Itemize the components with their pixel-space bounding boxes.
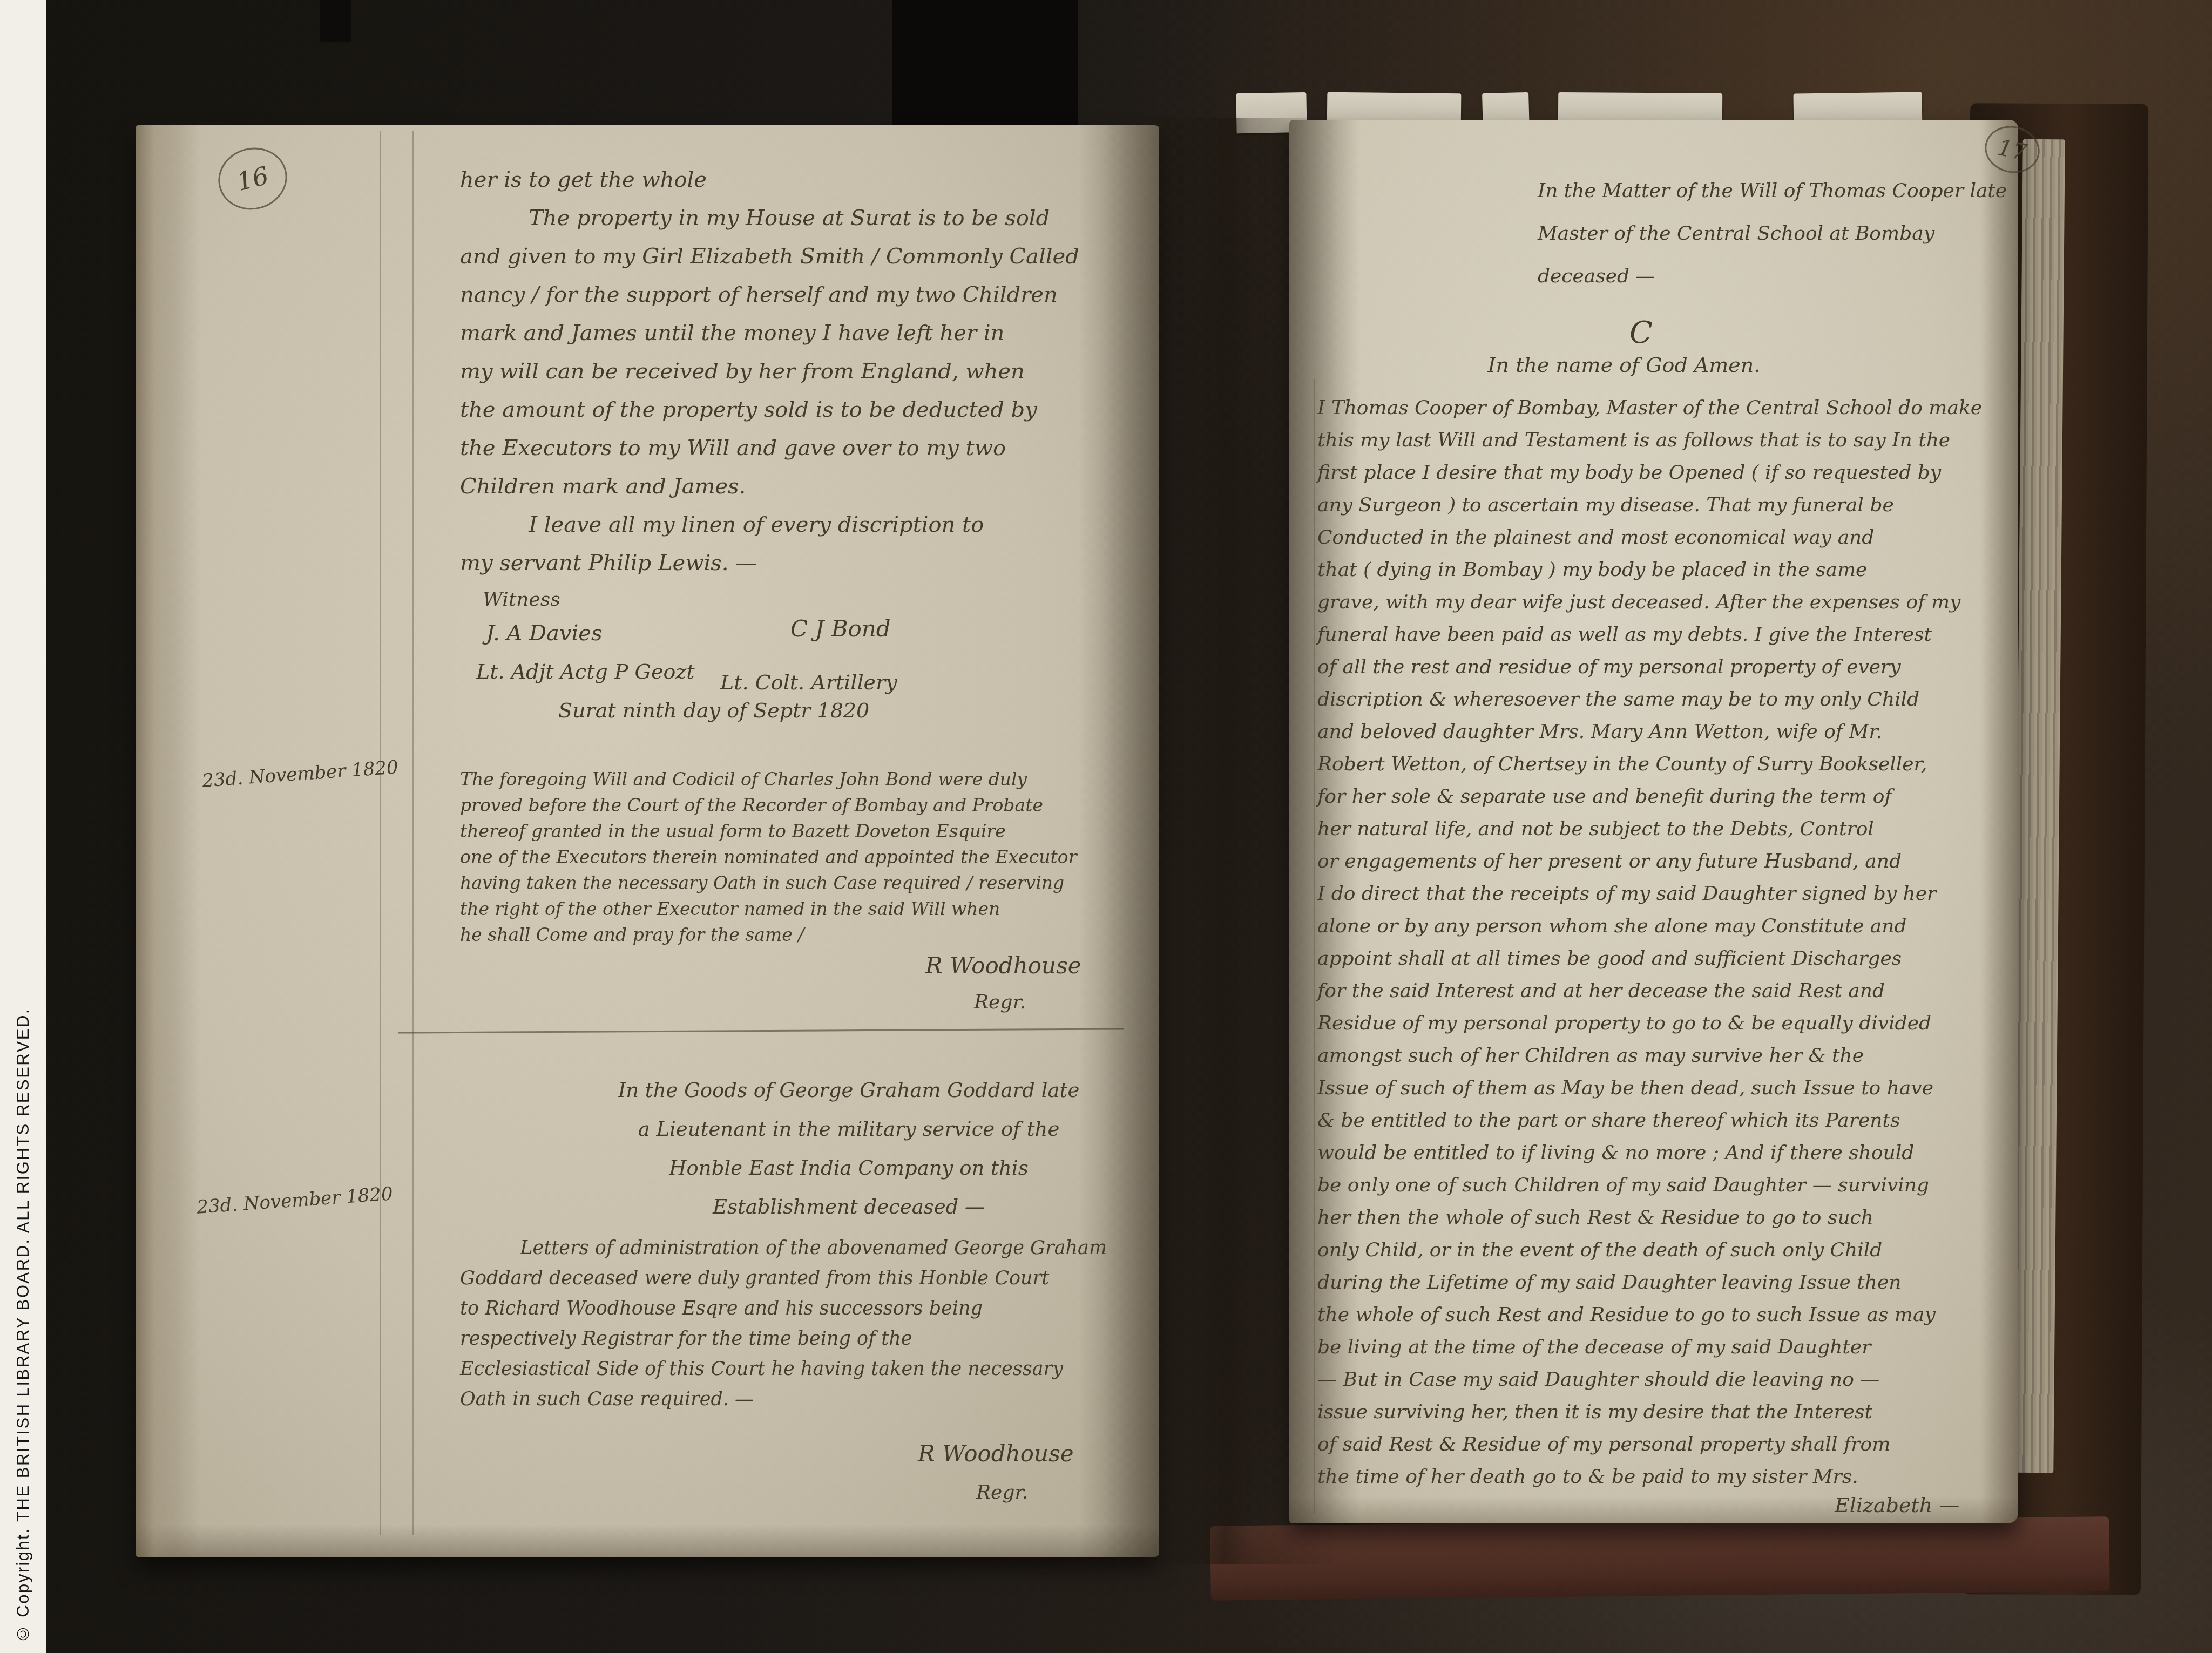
closing-word: Elizabeth — (1835, 1493, 1959, 1517)
manuscript-line: Goddard deceased were duly granted from … (460, 1263, 1107, 1293)
manuscript-line: funeral have been paid as well as my deb… (1317, 619, 1982, 651)
manuscript-line: & be entitled to the part or share there… (1317, 1105, 1982, 1137)
manuscript-line: the right of the other Executor named in… (460, 896, 1077, 922)
manuscript-line: alone or by any person whom she alone ma… (1317, 910, 1982, 943)
manuscript-line: Children mark and James. (460, 468, 1079, 506)
manuscript-line: Residue of my personal property to go to… (1317, 1007, 1982, 1040)
backdrop-black-notch (320, 0, 351, 42)
margin-rule (1314, 379, 1315, 1514)
will-matter-heading: In the Matter of the Will of Thomas Coop… (1538, 170, 2024, 297)
book-cover-bottom (1210, 1516, 2109, 1600)
manuscript-line: The property in my House at Surat is to … (460, 199, 1079, 238)
manuscript-line: Conducted in the plainest and most econo… (1317, 521, 1982, 554)
manuscript-line: be only one of such Children of my said … (1317, 1169, 1982, 1202)
margin-rule (380, 131, 381, 1535)
manuscript-line: the Executors to my Will and gave over t… (460, 429, 1079, 468)
witness-name: J. A Davies (486, 621, 602, 646)
will-continuation-paragraph: her is to get the whole The property in … (460, 161, 1079, 582)
manuscript-line: would be entitled to if living & no more… (1317, 1137, 1982, 1169)
registrar-signature: R Woodhouse (918, 1440, 1074, 1467)
copyright-text: © Copyright. THE BRITISH LIBRARY BOARD. … (13, 998, 33, 1653)
margin-date: 23d. November 1820 (201, 756, 399, 791)
manuscript-line: — But in Case my said Daughter should di… (1317, 1364, 1982, 1396)
registrar-signature-title: Regr. (974, 991, 1026, 1013)
manuscript-line: Honble East India Company on this (563, 1149, 1135, 1188)
manuscript-line: Master of the Central School at Bombay (1538, 212, 2024, 255)
manuscript-line: appoint shall at all times be good and s… (1317, 943, 1982, 975)
manuscript-line: he shall Come and pray for the same / (460, 922, 1077, 948)
manuscript-line: and given to my Girl Elizabeth Smith / C… (460, 238, 1079, 276)
witness-name: C J Bond (790, 615, 891, 642)
manuscript-line: a Lieutenant in the military service of … (563, 1110, 1135, 1149)
manuscript-line: for the said Interest and at her decease… (1317, 975, 1982, 1007)
manuscript-line: The foregoing Will and Codicil of Charle… (460, 767, 1077, 792)
administration-note-paragraph: Letters of administration of the abovena… (460, 1233, 1107, 1414)
manuscript-line: the whole of such Rest and Residue to go… (1317, 1299, 1982, 1331)
manuscript-line: her is to get the whole (460, 161, 1079, 199)
manuscript-line: Ecclesiastical Side of this Court he hav… (460, 1354, 1107, 1384)
manuscript-line: during the Lifetime of my said Daughter … (1317, 1266, 1982, 1299)
manuscript-line: In the Goods of George Graham Goddard la… (563, 1071, 1135, 1110)
manuscript-line: of said Rest & Residue of my personal pr… (1317, 1428, 1982, 1461)
left-page-number-value: 16 (234, 161, 272, 197)
photograph-of-manuscript-book: © Copyright. THE BRITISH LIBRARY BOARD. … (0, 0, 2212, 1653)
manuscript-line: I leave all my linen of every discriptio… (460, 506, 1079, 544)
copyright-strip: © Copyright. THE BRITISH LIBRARY BOARD. … (0, 0, 46, 1653)
manuscript-line: Letters of administration of the abovena… (460, 1233, 1107, 1263)
manuscript-line: Oath in such Case required. — (460, 1384, 1107, 1414)
manuscript-line: thereof granted in the usual form to Baz… (460, 818, 1077, 844)
manuscript-line: In the Matter of the Will of Thomas Coop… (1538, 170, 2024, 212)
probate-note-paragraph: The foregoing Will and Codicil of Charle… (460, 767, 1077, 948)
manuscript-line: or engagements of her present or any fut… (1317, 845, 1982, 878)
manuscript-line: my servant Philip Lewis. — (460, 544, 1079, 582)
margin-rule (412, 131, 414, 1535)
witness-title: Lt. Colt. Artillery (720, 670, 897, 694)
manuscript-line: discription & wheresoever the same may b… (1317, 683, 1982, 716)
manuscript-line: respectively Registrar for the time bein… (460, 1324, 1107, 1354)
registrar-signature: R Woodhouse (925, 952, 1081, 979)
right-page: 17 In the Matter of the Will of Thomas C… (1289, 120, 2018, 1523)
dateline: Surat ninth day of Septr 1820 (558, 699, 869, 722)
section-divider (398, 1028, 1124, 1033)
manuscript-line: nancy / for the support of herself and m… (460, 276, 1079, 314)
manuscript-line: that ( dying in Bombay ) my body be plac… (1317, 554, 1982, 586)
manuscript-line: to Richard Woodhouse Esqre and his succe… (460, 1293, 1107, 1324)
left-page: 16 her is to get the whole The property … (136, 125, 1159, 1557)
manuscript-line: deceased — (1538, 255, 2024, 297)
registrar-signature-title: Regr. (976, 1481, 1028, 1503)
left-page-number: 16 (212, 140, 294, 217)
manuscript-line: only Child, or in the event of the death… (1317, 1234, 1982, 1266)
manuscript-line: any Surgeon ) to ascertain my disease. T… (1317, 489, 1982, 521)
manuscript-line: Robert Wetton, of Chertsey in the County… (1317, 748, 1982, 781)
manuscript-line: for her sole & separate use and benefit … (1317, 781, 1982, 813)
manuscript-line: I Thomas Cooper of Bombay, Master of the… (1317, 392, 1982, 424)
manuscript-line: first place I desire that my body be Ope… (1317, 457, 1982, 489)
goods-heading: In the Goods of George Graham Goddard la… (563, 1071, 1135, 1227)
manuscript-line: the amount of the property sold is to be… (460, 391, 1079, 429)
manuscript-line: one of the Executors therein nominated a… (460, 844, 1077, 870)
manuscript-line: Establishment deceased — (563, 1188, 1135, 1227)
manuscript-line: her natural life, and not be subject to … (1317, 813, 1982, 845)
manuscript-line: the time of her death go to & be paid to… (1317, 1461, 1982, 1493)
manuscript-line: amongst such of her Children as may surv… (1317, 1040, 1982, 1072)
witness-label: Witness (483, 588, 560, 611)
manuscript-line: having taken the necessary Oath in such … (460, 870, 1077, 896)
manuscript-line: mark and James until the money I have le… (460, 314, 1079, 353)
will-body-paragraph: I Thomas Cooper of Bombay, Master of the… (1317, 392, 1982, 1493)
margin-date: 23d. November 1820 (196, 1183, 394, 1218)
manuscript-line: issue surviving her, then it is my desir… (1317, 1396, 1982, 1428)
manuscript-line: grave, with my dear wife just deceased. … (1317, 586, 1982, 619)
manuscript-line: Issue of such of them as May be then dea… (1317, 1072, 1982, 1105)
manuscript-line: I do direct that the receipts of my said… (1317, 878, 1982, 910)
manuscript-line: proved before the Court of the Recorder … (460, 792, 1077, 818)
manuscript-line: of all the rest and residue of my person… (1317, 651, 1982, 683)
witness-title: Lt. Adjt Actg P Geozt (476, 660, 695, 683)
invocation-line: In the name of God Amen. (1451, 353, 1797, 377)
manuscript-line: her then the whole of such Rest & Residu… (1317, 1202, 1982, 1234)
backdrop-black-bar (892, 0, 1078, 139)
manuscript-line: and beloved daughter Mrs. Mary Ann Wetto… (1317, 716, 1982, 748)
section-letter: C (1629, 315, 1653, 350)
manuscript-line: this my last Will and Testament is as fo… (1317, 424, 1982, 457)
manuscript-line: my will can be received by her from Engl… (460, 353, 1079, 391)
right-page-number-value: 17 (1995, 133, 2029, 165)
manuscript-line: be living at the time of the decease of … (1317, 1331, 1982, 1364)
